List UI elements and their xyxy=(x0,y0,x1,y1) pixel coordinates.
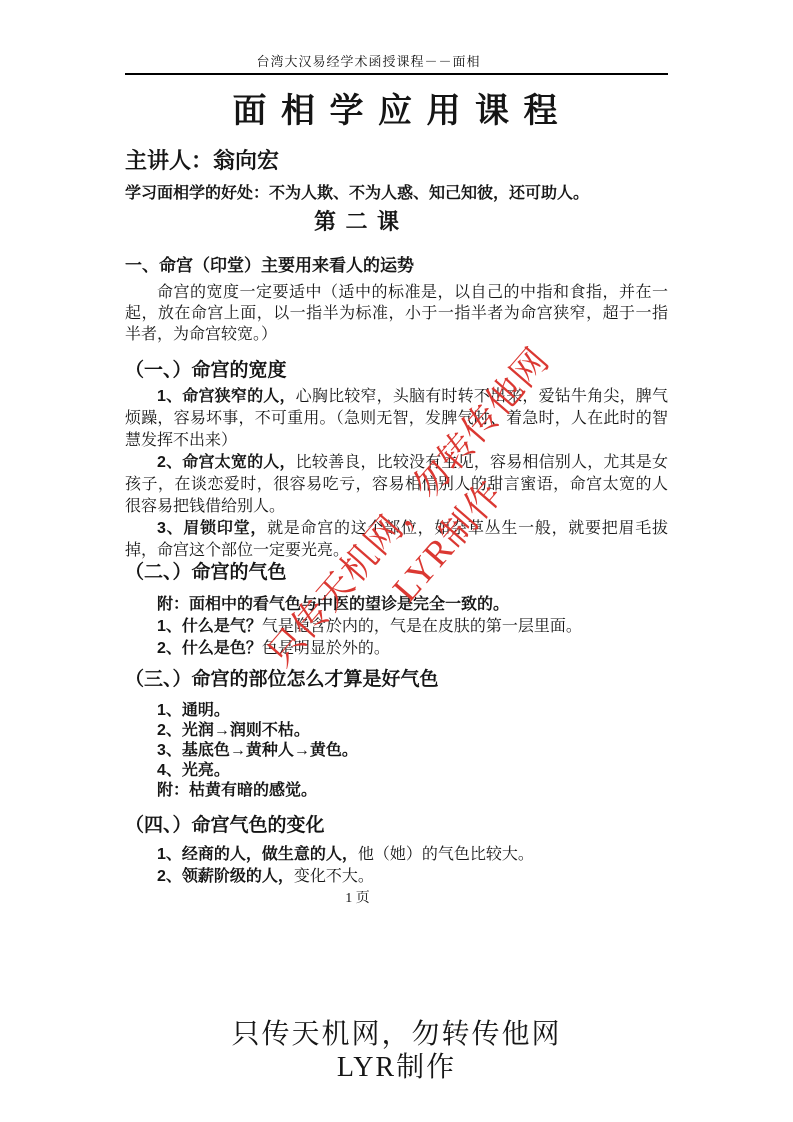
subsection-heading-good-color: （三、）命宫的部位怎么才算是好气色 xyxy=(125,664,668,691)
list-item: 附：枯黄有暗的感觉。 xyxy=(125,781,668,801)
item-text: 变化不大。 xyxy=(294,868,374,885)
footer-line-1: 只传天机网，勿转传他网 xyxy=(0,1018,793,1051)
list-item-se: 2、什么是色？色是明显於外的。 xyxy=(125,638,668,660)
list-item-qi: 1、什么是气？气是隐含於内的，气是在皮肤的第一层里面。 xyxy=(125,616,668,638)
item-lead: 1、经商的人，做生意的人， xyxy=(157,846,358,863)
list-item: 4、光亮。 xyxy=(125,761,668,781)
subsection-heading-change: （四、）命宫气色的变化 xyxy=(125,810,668,837)
page-title: 面 相 学 应 用 课 程 xyxy=(125,83,668,132)
subsection-heading-width: （一、）命宫的宽度 xyxy=(125,355,668,382)
speaker-line: 主讲人：翁向宏 xyxy=(125,144,668,175)
footer-notice: 只传天机网，勿转传他网 LYR制作 xyxy=(0,1018,793,1084)
list-item: 2、光润→润则不枯。 xyxy=(125,721,668,741)
item-lead: 1、什么是气？ xyxy=(157,618,262,635)
page-number: 1 页 xyxy=(86,887,629,907)
running-header: 台湾大汉易经学术函授课程－－面相 xyxy=(97,51,640,70)
list-item-narrow: 1、命宫狭窄的人，心胸比较窄，头脑有时转不出来，爱钻牛角尖，脾气烦躁，容易坏事，… xyxy=(125,386,668,452)
footer-line-2: LYR制作 xyxy=(0,1051,793,1084)
list-item-business: 1、经商的人，做生意的人，他（她）的气色比较大。 xyxy=(125,844,668,866)
list-item-salary: 2、领薪阶级的人，变化不大。 xyxy=(125,866,668,888)
item-lead: 1、命宫狭窄的人， xyxy=(157,388,296,405)
document-page: 台湾大汉易经学术函授课程－－面相 面 相 学 应 用 课 程 主讲人：翁向宏 学… xyxy=(0,0,793,1122)
item-lead: 3、眉锁印堂， xyxy=(157,520,267,537)
section-heading-1: 一、命宫（印堂）主要用来看人的运势 xyxy=(125,251,668,276)
item-text: 色是明显於外的。 xyxy=(262,640,390,657)
list-item-brow-lock: 3、眉锁印堂，就是命宫的这个部位，如杂草丛生一般，就要把眉毛拔掉，命宫这个部位一… xyxy=(125,518,668,562)
intro-paragraph: 命宫的宽度一定要适中（适中的标准是，以自己的中指和食指，并在一起，放在命宫上面，… xyxy=(125,282,668,345)
item-text: 气是隐含於内的，气是在皮肤的第一层里面。 xyxy=(262,618,582,635)
header-rule xyxy=(125,73,668,75)
item-lead: 2、什么是色？ xyxy=(157,640,262,657)
lesson-heading: 第 二 课 xyxy=(86,205,629,236)
item-text: 他（她）的气色比较大。 xyxy=(358,846,534,863)
subsection-heading-color: （二、）命宫的气色 xyxy=(125,557,668,584)
good-color-list: 1、通明。 2、光润→润则不枯。 3、基底色→黄种人→黄色。 4、光亮。 附：枯… xyxy=(125,701,668,801)
list-item: 3、基底色→黄种人→黄色。 xyxy=(125,741,668,761)
item-lead: 2、领薪阶级的人， xyxy=(157,868,294,885)
list-item-wide: 2、命宫太宽的人，比较善良，比较没有主见，容易相信别人，尤其是女孩子，在谈恋爱时… xyxy=(125,452,668,518)
list-item: 1、通明。 xyxy=(125,701,668,721)
benefits-line: 学习面相学的好处：不为人欺、不为人惑、知己知彼，还可助人。 xyxy=(125,180,668,203)
item-lead: 2、命宫太宽的人， xyxy=(157,454,296,471)
note-line: 附：面相中的看气色与中医的望诊是完全一致的。 xyxy=(125,594,668,616)
